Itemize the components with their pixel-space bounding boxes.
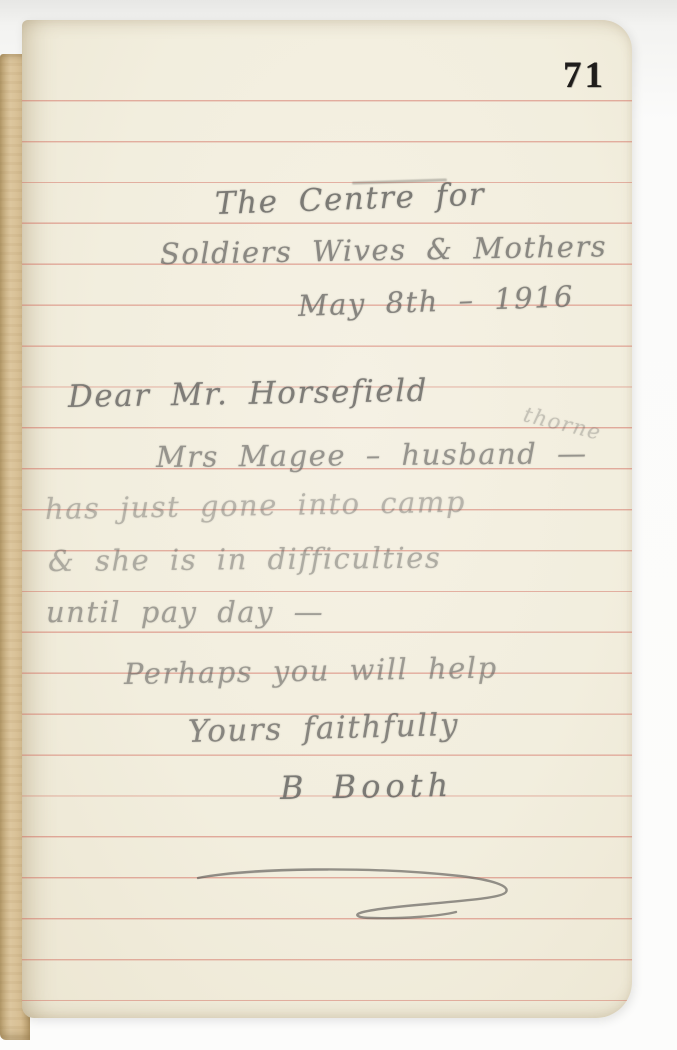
letter-body-line: has just gone into camp — [45, 485, 466, 526]
notebook-page: 71 The Centre for Soldiers Wives & Mothe… — [22, 20, 632, 1018]
letter-body-line: Mrs Magee – husband — — [156, 436, 588, 474]
photo-background: 71 The Centre for Soldiers Wives & Mothe… — [0, 0, 677, 1050]
letter-closing: Yours faithfully — [188, 707, 460, 750]
page-number: 71 — [563, 54, 606, 97]
letter-signature: B Booth — [280, 766, 454, 807]
letter-heading-line2: Soldiers Wives & Mothers — [160, 229, 608, 271]
letter-body-line: & she is in difficulties — [48, 541, 442, 578]
letter-date: May 8th – 1916 — [297, 279, 574, 323]
letter-salutation: Dear Mr. Horsefield — [68, 373, 429, 415]
letter-body-line: until pay day — — [46, 595, 324, 629]
letter-body-line: Perhaps you will help — [124, 650, 498, 691]
letter-heading-line1: The Centre for — [214, 177, 485, 222]
signature-flourish — [188, 844, 528, 934]
